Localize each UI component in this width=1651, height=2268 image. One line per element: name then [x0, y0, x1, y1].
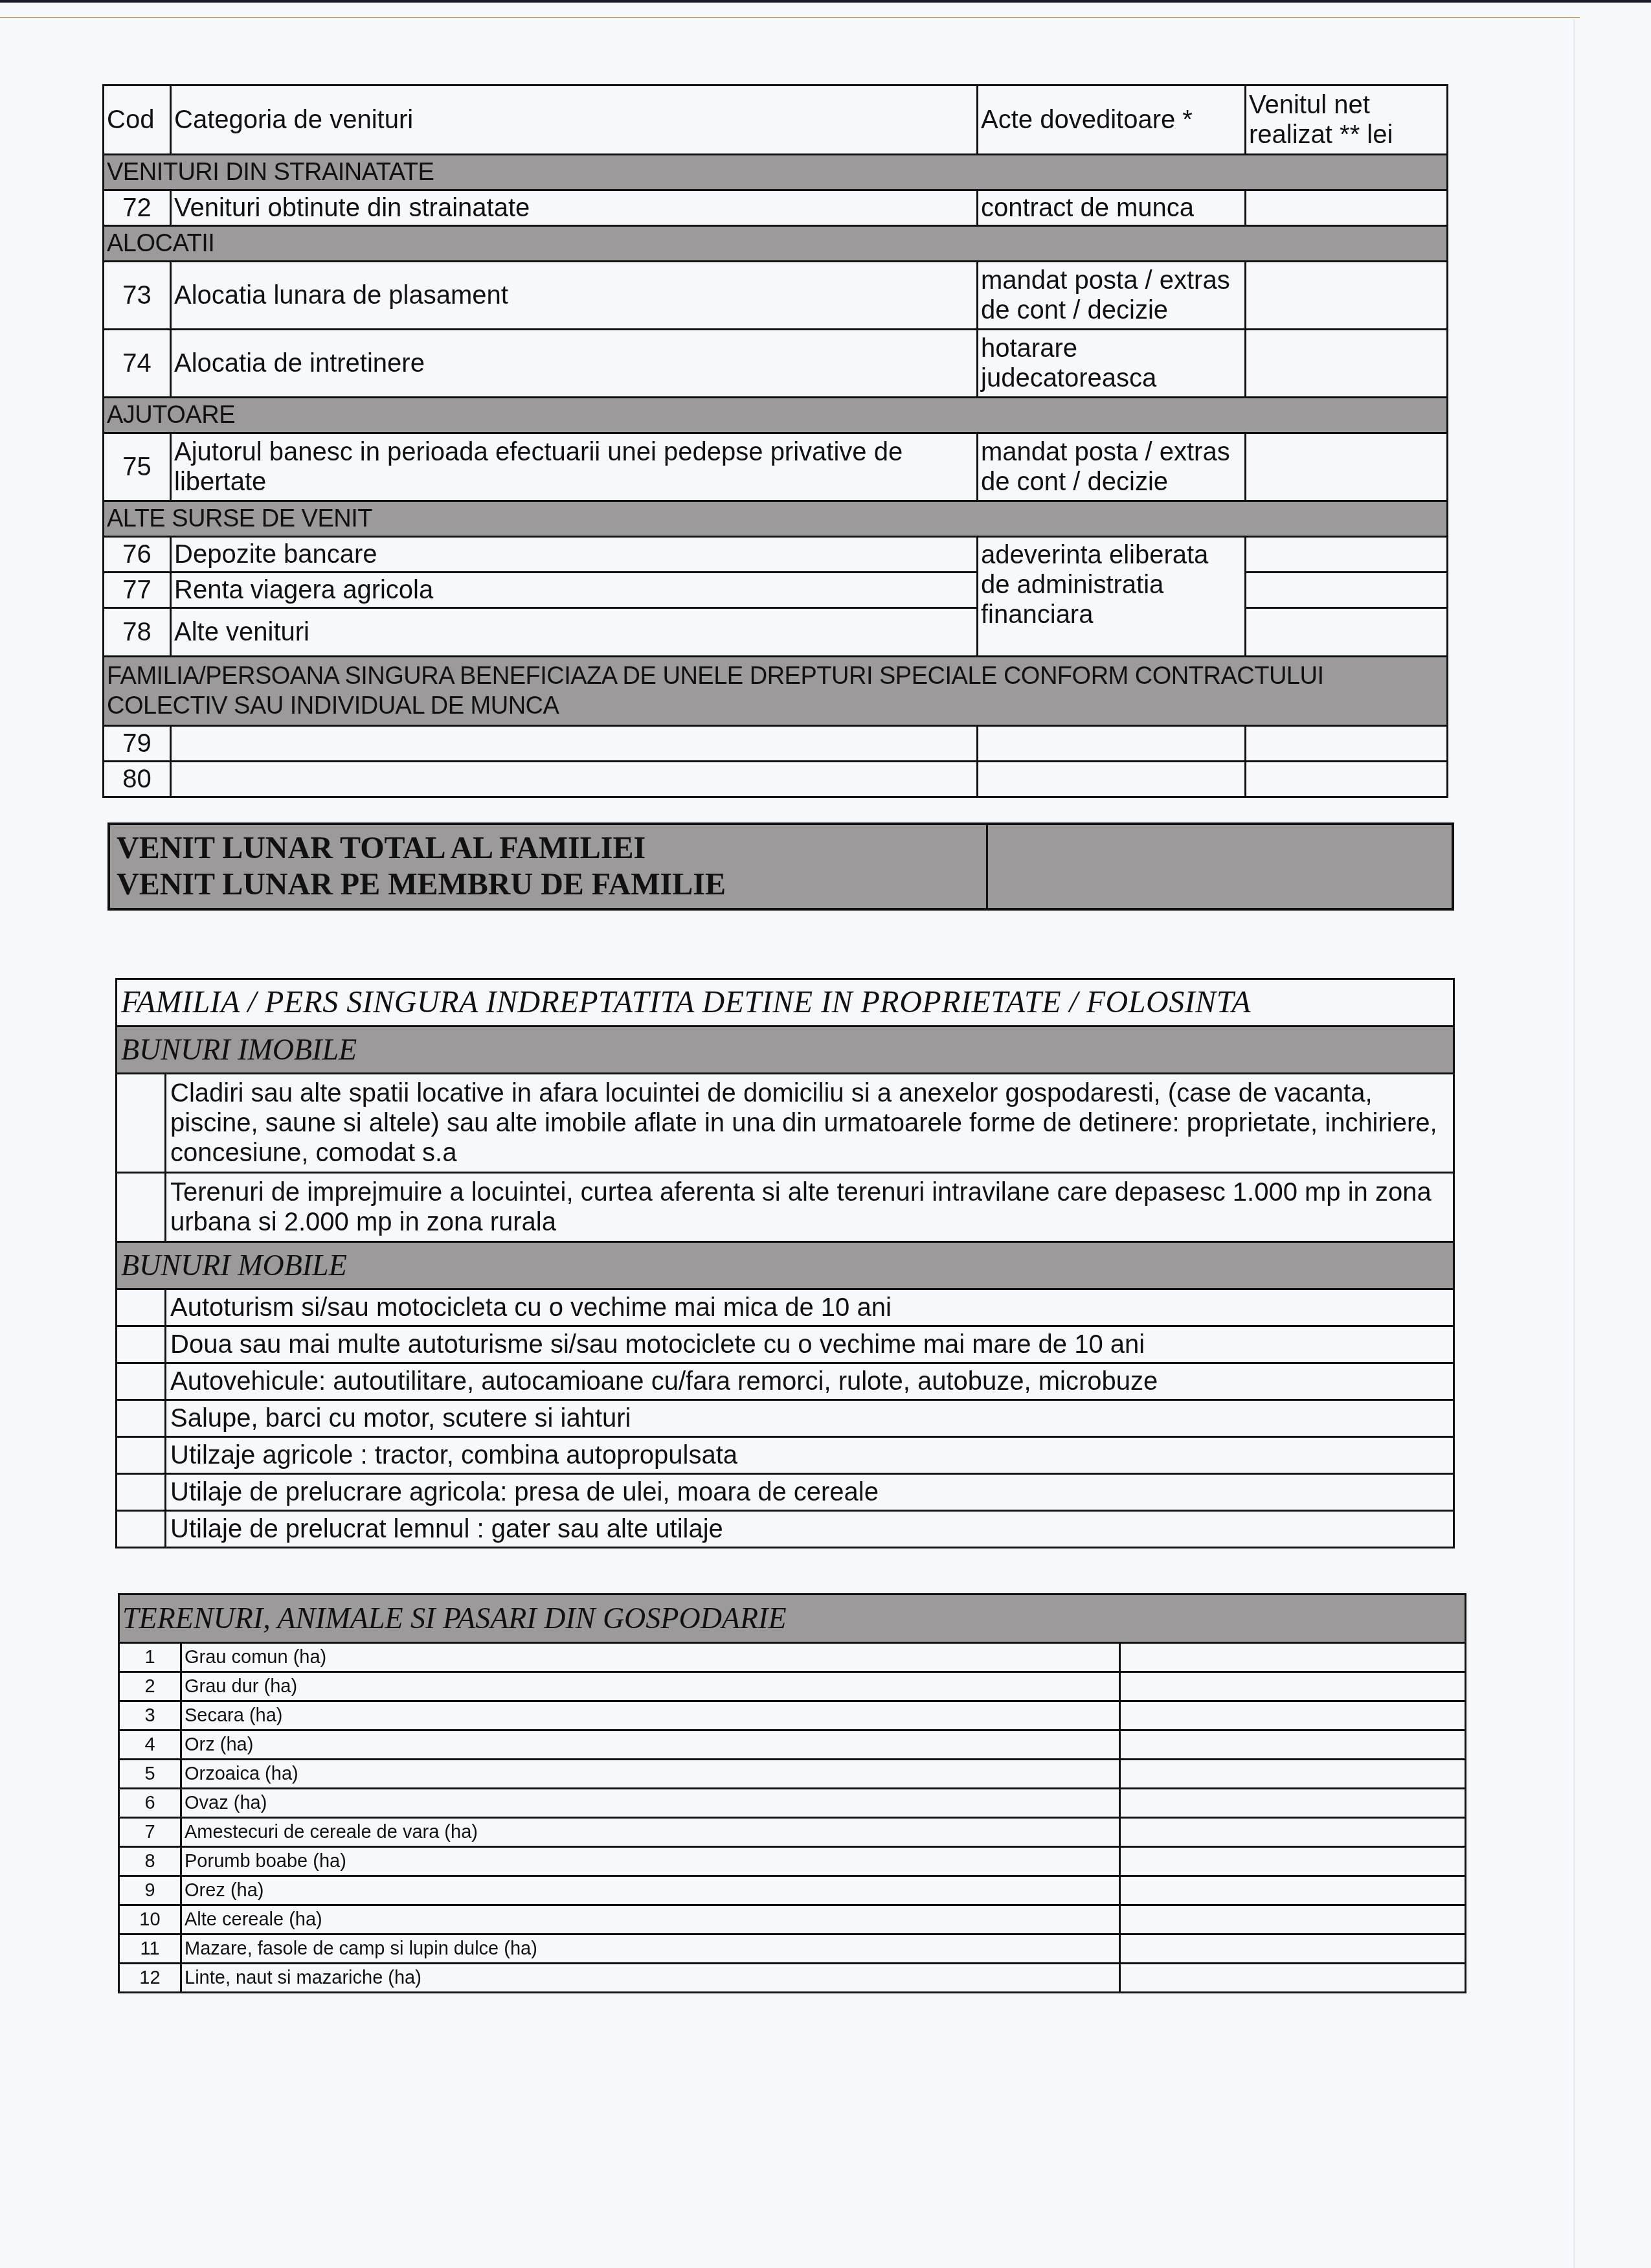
row-category: Alte venituri [171, 608, 978, 657]
checkbox-cell[interactable] [117, 1400, 166, 1437]
list-item: Utilzaje agricole : tractor, combina aut… [117, 1437, 1454, 1474]
row-category-field[interactable] [171, 762, 978, 797]
row-value-field[interactable] [1246, 433, 1448, 501]
scan-edge-line [0, 17, 1580, 18]
row-number: 10 [119, 1905, 181, 1934]
land-rows: 1Grau comun (ha)2Grau dur (ha)3Secara (h… [119, 1643, 1466, 1993]
row-number: 8 [119, 1847, 181, 1876]
table-row: 1Grau comun (ha) [119, 1643, 1466, 1672]
row-number: 4 [119, 1730, 181, 1760]
row-code: 77 [104, 573, 171, 608]
row-label: Amestecuri de cereale de vara (ha) [181, 1818, 1120, 1847]
table-row: 12Linte, naut si mazariche (ha) [119, 1964, 1466, 1993]
row-value-field[interactable] [1120, 1643, 1466, 1672]
property-title: FAMILIA / PERS SINGURA INDREPTATITA DETI… [117, 979, 1454, 1026]
table-row: 11Mazare, fasole de camp si lupin dulce … [119, 1934, 1466, 1964]
row-value-field[interactable] [1120, 1934, 1466, 1964]
row-documents-shared: adeverinta eliberata de administratia fi… [978, 537, 1246, 657]
list-item: Utilaje de prelucrat lemnul : gater sau … [117, 1511, 1454, 1548]
row-number: 9 [119, 1876, 181, 1905]
list-item: Salupe, barci cu motor, scutere si iahtu… [117, 1400, 1454, 1437]
section-row: ALOCATII [104, 226, 1448, 262]
table-row: 9Orez (ha) [119, 1876, 1466, 1905]
item-label: Salupe, barci cu motor, scutere si iahtu… [166, 1400, 1454, 1437]
checkbox-cell[interactable] [117, 1326, 166, 1363]
property-title-row: FAMILIA / PERS SINGURA INDREPTATITA DETI… [117, 979, 1454, 1026]
row-value-field[interactable] [1246, 262, 1448, 330]
section-title: BUNURI IMOBILE [117, 1026, 1454, 1074]
table-row: 76 Depozite bancare adeverinta eliberata… [104, 537, 1448, 573]
totals-value-field[interactable] [987, 824, 1453, 909]
total-family-income-label: VENIT LUNAR TOTAL AL FAMILIEI [117, 830, 980, 867]
list-item: Utilaje de prelucrare agricola: presa de… [117, 1474, 1454, 1511]
row-code: 79 [104, 726, 171, 762]
table-row: 77 Renta viagera agricola [104, 573, 1448, 608]
row-number: 7 [119, 1818, 181, 1847]
table-row: 8Porumb boabe (ha) [119, 1847, 1466, 1876]
checkbox-cell[interactable] [117, 1289, 166, 1326]
list-item: Terenuri de imprejmuire a locuintei, cur… [117, 1173, 1454, 1242]
row-category: Alocatia lunara de plasament [171, 262, 978, 330]
row-value-field[interactable] [1120, 1672, 1466, 1701]
row-value-field[interactable] [1246, 762, 1448, 797]
table-row: 3Secara (ha) [119, 1701, 1466, 1730]
row-value-field[interactable] [1246, 190, 1448, 226]
item-label: Utilzaje agricole : tractor, combina aut… [166, 1437, 1454, 1474]
row-label: Secara (ha) [181, 1701, 1120, 1730]
table-row: 79 [104, 726, 1448, 762]
header-net-income: Venitul net realizat ** lei [1246, 85, 1448, 155]
checkbox-cell[interactable] [117, 1474, 166, 1511]
land-table: TERENURI, ANIMALE SI PASARI DIN GOSPODAR… [118, 1593, 1466, 1993]
list-item: Autoturism si/sau motocicleta cu o vechi… [117, 1289, 1454, 1326]
row-label: Ovaz (ha) [181, 1789, 1120, 1818]
header-documents: Acte doveditoare * [978, 85, 1246, 155]
row-number: 12 [119, 1964, 181, 1993]
section-row: FAMILIA/PERSOANA SINGURA BENEFICIAZA DE … [104, 657, 1448, 726]
row-category: Depozite bancare [171, 537, 978, 573]
row-value-field[interactable] [1120, 1701, 1466, 1730]
table-row: 75 Ajutorul banesc in perioada efectuari… [104, 433, 1448, 501]
row-category: Ajutorul banesc in perioada efectuarii u… [171, 433, 978, 501]
row-documents: contract de munca [978, 190, 1246, 226]
section-title: AJUTOARE [104, 398, 1448, 433]
row-code: 78 [104, 608, 171, 657]
row-category-field[interactable] [171, 726, 978, 762]
list-item: Doua sau mai multe autoturisme si/sau mo… [117, 1326, 1454, 1363]
row-documents: mandat posta / extras de cont / decizie [978, 433, 1246, 501]
row-label: Grau comun (ha) [181, 1643, 1120, 1672]
row-label: Orz (ha) [181, 1730, 1120, 1760]
section-title: BUNURI MOBILE [117, 1242, 1454, 1289]
row-code: 76 [104, 537, 171, 573]
row-label: Orzoaica (ha) [181, 1760, 1120, 1789]
scan-edge-right [1573, 19, 1575, 2268]
section-row: TERENURI, ANIMALE SI PASARI DIN GOSPODAR… [119, 1594, 1466, 1643]
item-label: Terenuri de imprejmuire a locuintei, cur… [166, 1173, 1454, 1242]
row-value-field[interactable] [1120, 1847, 1466, 1876]
row-code: 72 [104, 190, 171, 226]
section-row: BUNURI IMOBILE [117, 1026, 1454, 1074]
item-label: Utilaje de prelucrare agricola: presa de… [166, 1474, 1454, 1511]
list-item: Autovehicule: autoutilitare, autocamioan… [117, 1363, 1454, 1400]
row-value-field[interactable] [1120, 1730, 1466, 1760]
row-code: 73 [104, 262, 171, 330]
section-row: BUNURI MOBILE [117, 1242, 1454, 1289]
row-label: Mazare, fasole de camp si lupin dulce (h… [181, 1934, 1120, 1964]
checkbox-cell[interactable] [117, 1437, 166, 1474]
row-number: 5 [119, 1760, 181, 1789]
table-row: 5Orzoaica (ha) [119, 1760, 1466, 1789]
section-row: ALTE SURSE DE VENIT [104, 501, 1448, 537]
row-documents: hotarare judecatoreasca [978, 330, 1246, 398]
row-code: 74 [104, 330, 171, 398]
income-table: Cod Categoria de venituri Acte doveditoa… [102, 84, 1448, 798]
row-documents-field[interactable] [978, 726, 1246, 762]
row-category: Alocatia de intretinere [171, 330, 978, 398]
header-code: Cod [104, 85, 171, 155]
row-label: Porumb boabe (ha) [181, 1847, 1120, 1876]
section-row: AJUTOARE [104, 398, 1448, 433]
header-category: Categoria de venituri [171, 85, 978, 155]
table-row: 73 Alocatia lunara de plasament mandat p… [104, 262, 1448, 330]
row-value-field[interactable] [1120, 1876, 1466, 1905]
totals-labels: VENIT LUNAR TOTAL AL FAMILIEI VENIT LUNA… [109, 824, 987, 909]
checkbox-cell[interactable] [117, 1511, 166, 1548]
row-label: Orez (ha) [181, 1876, 1120, 1905]
row-value-field[interactable] [1120, 1760, 1466, 1789]
table-row: 4Orz (ha) [119, 1730, 1466, 1760]
table-row: 2Grau dur (ha) [119, 1672, 1466, 1701]
section-title: TERENURI, ANIMALE SI PASARI DIN GOSPODAR… [119, 1594, 1466, 1643]
checkbox-cell[interactable] [117, 1173, 166, 1242]
row-code: 80 [104, 762, 171, 797]
row-value-field[interactable] [1246, 726, 1448, 762]
table-row: 72 Venituri obtinute din strainatate con… [104, 190, 1448, 226]
checkbox-cell[interactable] [117, 1074, 166, 1173]
row-label: Alte cereale (ha) [181, 1905, 1120, 1934]
item-label: Autovehicule: autoutilitare, autocamioan… [166, 1363, 1454, 1400]
table-row: 74 Alocatia de intretinere hotarare jude… [104, 330, 1448, 398]
row-number: 11 [119, 1934, 181, 1964]
checkbox-cell[interactable] [117, 1363, 166, 1400]
section-title: FAMILIA/PERSOANA SINGURA BENEFICIAZA DE … [104, 657, 1448, 726]
scan-edge [0, 0, 1651, 3]
item-label: Utilaje de prelucrat lemnul : gater sau … [166, 1511, 1454, 1548]
totals-row: VENIT LUNAR TOTAL AL FAMILIEI VENIT LUNA… [109, 824, 1453, 909]
row-category: Renta viagera agricola [171, 573, 978, 608]
table-row: 80 [104, 762, 1448, 797]
row-value-field[interactable] [1120, 1789, 1466, 1818]
table-row: 78 Alte venituri [104, 608, 1448, 657]
row-number: 2 [119, 1672, 181, 1701]
income-totals: VENIT LUNAR TOTAL AL FAMILIEI VENIT LUNA… [107, 822, 1454, 911]
row-documents-field[interactable] [978, 762, 1246, 797]
row-value-field[interactable] [1120, 1818, 1466, 1847]
row-category: Venituri obtinute din strainatate [171, 190, 978, 226]
table-row: 7Amestecuri de cereale de vara (ha) [119, 1818, 1466, 1847]
item-label: Autoturism si/sau motocicleta cu o vechi… [166, 1289, 1454, 1326]
section-title: ALOCATII [104, 226, 1448, 262]
income-per-member-label: VENIT LUNAR PE MEMBRU DE FAMILIE [117, 867, 980, 903]
income-table-header: Cod Categoria de venituri Acte doveditoa… [104, 85, 1448, 155]
row-label: Grau dur (ha) [181, 1672, 1120, 1701]
row-number: 3 [119, 1701, 181, 1730]
row-number: 1 [119, 1643, 181, 1672]
row-value-field[interactable] [1246, 537, 1448, 573]
section-title: ALTE SURSE DE VENIT [104, 501, 1448, 537]
row-number: 6 [119, 1789, 181, 1818]
item-label: Cladiri sau alte spatii locative in afar… [166, 1074, 1454, 1173]
property-table: FAMILIA / PERS SINGURA INDREPTATITA DETI… [115, 978, 1455, 1548]
row-value-field[interactable] [1246, 573, 1448, 608]
row-label: Linte, naut si mazariche (ha) [181, 1964, 1120, 1993]
list-item: Cladiri sau alte spatii locative in afar… [117, 1074, 1454, 1173]
row-value-field[interactable] [1246, 330, 1448, 398]
row-value-field[interactable] [1120, 1905, 1466, 1934]
table-row: 10Alte cereale (ha) [119, 1905, 1466, 1934]
row-value-field[interactable] [1120, 1964, 1466, 1993]
item-label: Doua sau mai multe autoturisme si/sau mo… [166, 1326, 1454, 1363]
section-title: VENITURI DIN STRAINATATE [104, 155, 1448, 190]
section-row: VENITURI DIN STRAINATATE [104, 155, 1448, 190]
row-documents: mandat posta / extras de cont / decizie [978, 262, 1246, 330]
table-row: 6Ovaz (ha) [119, 1789, 1466, 1818]
row-code: 75 [104, 433, 171, 501]
row-value-field[interactable] [1246, 608, 1448, 657]
